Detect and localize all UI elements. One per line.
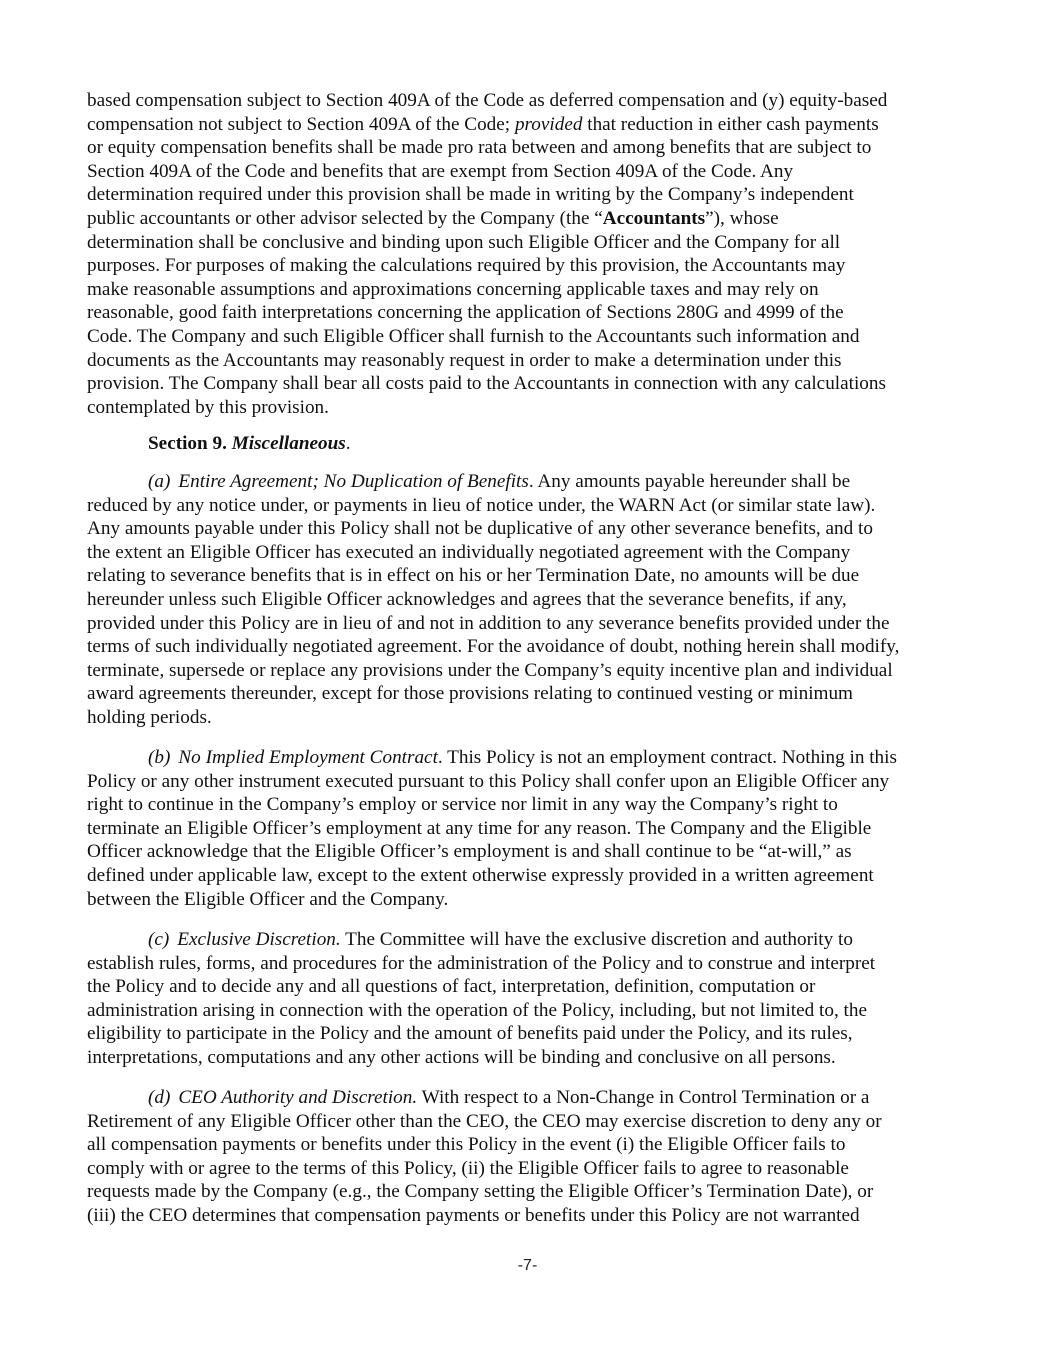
text-line: requests made by the Company (e.g., the … [87, 1180, 987, 1204]
section-title-period: . [346, 433, 351, 454]
text-line: Section 409A of the Code and benefits th… [87, 160, 987, 184]
text-line: provided under this Policy are in lieu o… [87, 612, 987, 636]
text-line: the extent an Eligible Officer has execu… [87, 541, 987, 565]
text-line: compensation not subject to Section 409A… [87, 113, 987, 137]
text-line: holding periods. [87, 706, 987, 730]
subsection-title: No Implied Employment Contract [178, 747, 438, 768]
text-line: determination shall be conclusive and bi… [87, 231, 987, 255]
text-line: or equity compensation benefits shall be… [87, 136, 987, 160]
text-line: interpretations, computations and any ot… [87, 1046, 987, 1070]
text-line: Officer acknowledge that the Eligible Of… [87, 840, 987, 864]
subsection-a: (a)Entire Agreement; No Duplication of B… [87, 470, 987, 730]
text-run: that reduction in either cash payments [582, 114, 878, 135]
text-line: Policy or any other instrument executed … [87, 770, 987, 794]
text-line: right to continue in the Company’s emplo… [87, 793, 987, 817]
text-line: the Policy and to decide any and all que… [87, 975, 987, 999]
text-run: ”), whose [705, 208, 779, 229]
text-line: hereunder unless such Eligible Officer a… [87, 588, 987, 612]
page-number: -7- [0, 1257, 1055, 1275]
section-number: Section 9. [148, 433, 227, 454]
continuation-paragraph: based compensation subject to Section 40… [87, 89, 987, 419]
text-line: (iii) the CEO determines that compensati… [87, 1204, 987, 1228]
text-run: . Any amounts payable hereunder shall be [529, 471, 850, 492]
text-line: make reasonable assumptions and approxim… [87, 278, 987, 302]
document-page: based compensation subject to Section 40… [0, 0, 1055, 1365]
subsection-label: (b) [148, 747, 170, 768]
text-line: terms of such individually negotiated ag… [87, 635, 987, 659]
subsection-first-line: (a)Entire Agreement; No Duplication of B… [87, 470, 987, 494]
subsection-c: (c)Exclusive Discretion. The Committee w… [87, 928, 987, 1070]
text-line: documents as the Accountants may reasona… [87, 349, 987, 373]
text-line: reduced by any notice under, or payments… [87, 494, 987, 518]
subsection-first-line: (d)CEO Authority and Discretion. With re… [87, 1086, 987, 1110]
text-line: award agreements thereunder, except for … [87, 682, 987, 706]
text-line: public accountants or other advisor sele… [87, 207, 987, 231]
text-line: establish rules, forms, and procedures f… [87, 952, 987, 976]
subsection-first-line: (b)No Implied Employment Contract. This … [87, 746, 987, 770]
text-run: . This Policy is not an employment contr… [438, 747, 897, 768]
subsection-title: CEO Authority and Discretion. [178, 1087, 417, 1108]
section-title: Miscellaneous [232, 433, 346, 454]
text-line: Retirement of any Eligible Officer other… [87, 1110, 987, 1134]
text-line: contemplated by this provision. [87, 396, 987, 420]
subsection-b: (b)No Implied Employment Contract. This … [87, 746, 987, 911]
text-line: Any amounts payable under this Policy sh… [87, 517, 987, 541]
subsection-label: (c) [148, 929, 169, 950]
text-line: all compensation payments or benefits un… [87, 1133, 987, 1157]
text-line: purposes. For purposes of making the cal… [87, 254, 987, 278]
subsection-label: (d) [148, 1087, 170, 1108]
text-line: relating to severance benefits that is i… [87, 564, 987, 588]
text-line: based compensation subject to Section 40… [87, 89, 987, 113]
text-line: administration arising in connection wit… [87, 999, 987, 1023]
text-line: determination required under this provis… [87, 183, 987, 207]
defined-term-accountants: Accountants [603, 208, 705, 229]
text-run: public accountants or other advisor sele… [87, 208, 603, 229]
text-line: Code. The Company and such Eligible Offi… [87, 325, 987, 349]
text-line: reasonable, good faith interpretations c… [87, 301, 987, 325]
text-line: comply with or agree to the terms of thi… [87, 1157, 987, 1181]
subsection-title: Exclusive Discretion. [177, 929, 340, 950]
text-line: provision. The Company shall bear all co… [87, 372, 987, 396]
text-line: terminate an Eligible Officer’s employme… [87, 817, 987, 841]
section-heading: Section 9. Miscellaneous. [148, 432, 351, 456]
subsection-label: (a) [148, 471, 170, 492]
text-line: terminate, supersede or replace any prov… [87, 659, 987, 683]
text-run: compensation not subject to Section 409A… [87, 114, 515, 135]
text-run: The Committee will have the exclusive di… [341, 929, 853, 950]
text-line: between the Eligible Officer and the Com… [87, 888, 987, 912]
subsection-d: (d)CEO Authority and Discretion. With re… [87, 1086, 987, 1228]
emphasis-provided: provided [515, 114, 583, 135]
text-line: defined under applicable law, except to … [87, 864, 987, 888]
subsection-first-line: (c)Exclusive Discretion. The Committee w… [87, 928, 987, 952]
text-line: eligibility to participate in the Policy… [87, 1022, 987, 1046]
text-run: With respect to a Non-Change in Control … [417, 1087, 869, 1108]
subsection-title: Entire Agreement; No Duplication of Bene… [178, 471, 528, 492]
